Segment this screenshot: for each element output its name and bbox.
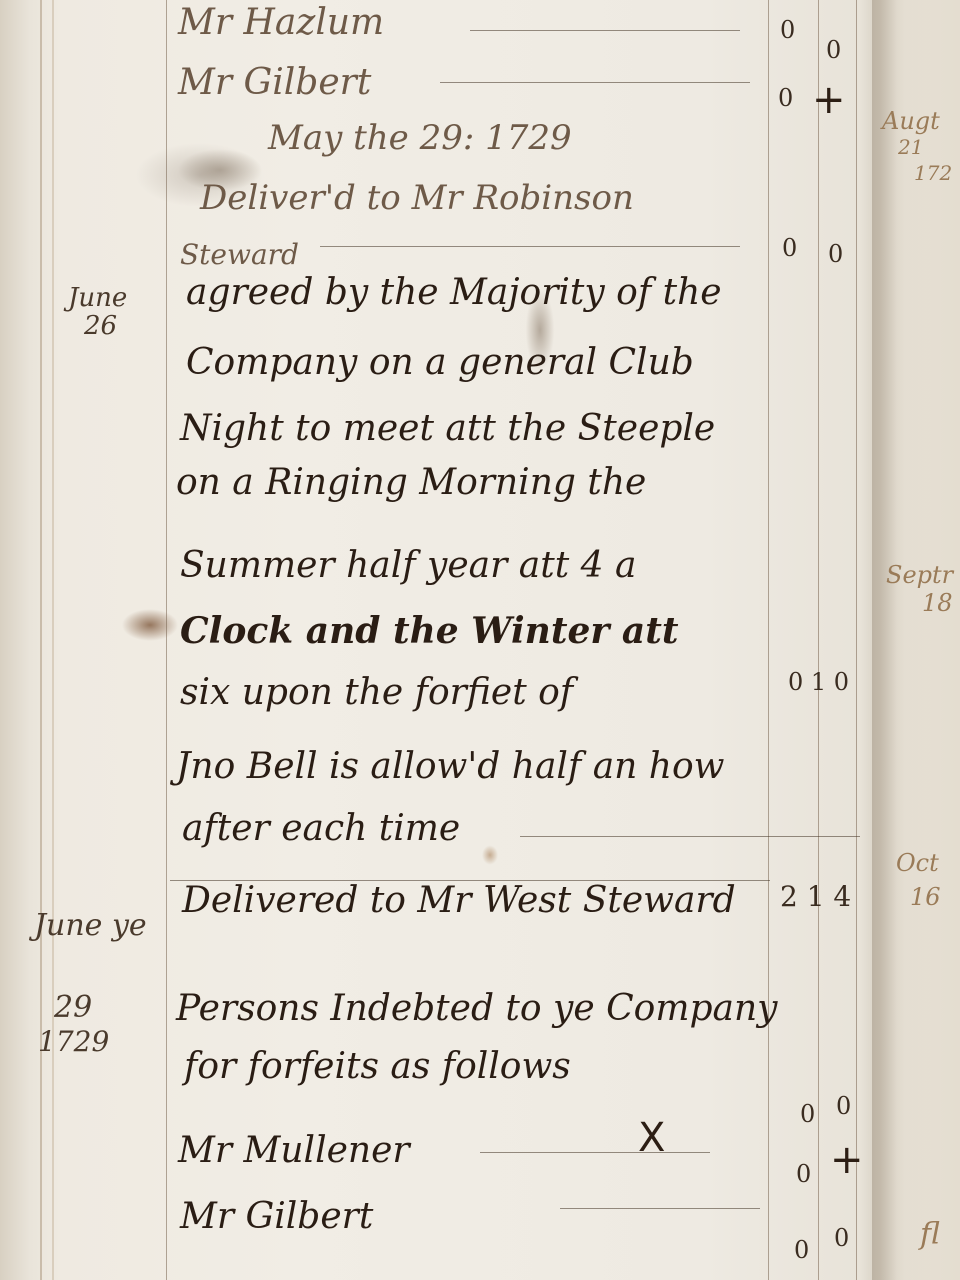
minute-line: on a Ringing Morning the — [176, 462, 646, 503]
heading-line: Persons Indebted to ye Company — [176, 988, 778, 1029]
facing-date-year: 172 — [914, 160, 952, 186]
amount-value: 0 — [834, 1224, 849, 1252]
leader-line — [560, 1208, 760, 1209]
amount-value: 0 — [794, 1236, 809, 1264]
forfeit-amount: 0 1 0 — [788, 668, 849, 696]
amount-value: 2 1 4 — [780, 880, 851, 913]
leader-line — [470, 30, 740, 31]
amount-value: 0 — [796, 1160, 811, 1188]
margin-date-year: 1729 — [38, 1028, 109, 1056]
entry-date: May the 29: 1729 — [268, 118, 572, 158]
entry-name: Mr Gilbert — [178, 62, 371, 103]
entry-name: Mr Hazlum — [178, 2, 384, 43]
page-edge — [52, 0, 54, 1280]
facing-date-day: 16 — [910, 884, 941, 910]
section-rule — [520, 836, 860, 837]
amount-value: 0 — [782, 234, 797, 262]
amount-value: 0 — [836, 1092, 851, 1120]
amount-value: 0 — [778, 84, 793, 112]
person-name: Mr Mullener — [178, 1130, 410, 1171]
leader-line — [320, 246, 740, 247]
leader-line — [480, 1152, 710, 1153]
minute-line: Clock and the Winter att — [180, 610, 678, 652]
facing-date: Augt — [882, 108, 940, 134]
facing-date: Septr — [886, 562, 953, 588]
margin-date-month: June ye — [34, 912, 147, 940]
leader-line — [440, 82, 750, 83]
heading-line: for forfeits as follows — [184, 1046, 571, 1087]
cross-mark: X — [638, 1118, 665, 1158]
cross-mark: + — [812, 80, 846, 120]
person-name: Mr Gilbert — [180, 1196, 373, 1237]
facing-date: Oct — [896, 850, 939, 876]
margin-rule — [166, 0, 167, 1280]
minute-line: six upon the forfiet of — [180, 672, 573, 713]
page-edge — [40, 0, 42, 1280]
amount-column-rule — [818, 0, 819, 1280]
amount-value: 0 — [800, 1100, 815, 1128]
delivered-line: Deliver'd to Mr Robinson — [200, 178, 634, 218]
minute-line: Jno Bell is allow'd half an how — [176, 746, 724, 787]
amount-column-rule — [768, 0, 769, 1280]
steward-label: Steward — [180, 238, 299, 271]
minute-line: after each time — [182, 808, 460, 849]
facing-date-day: 18 — [922, 590, 953, 616]
facing-page-gutter — [872, 0, 960, 1280]
amount-value: 0 — [826, 36, 841, 64]
margin-date-day: 29 — [54, 994, 92, 1022]
ledger-page: Mr Hazlum 0 0 Mr Gilbert 0 + May the 29:… — [0, 0, 960, 1280]
cross-mark: + — [830, 1140, 864, 1180]
delivered-line: Delivered to Mr West Steward — [182, 880, 736, 921]
minute-line: agreed by the Majority of the — [186, 272, 722, 313]
margin-date-month: June — [68, 284, 127, 312]
minute-line: Company on a general Club — [186, 342, 694, 383]
amount-column-rule — [856, 0, 857, 1280]
facing-note: fl — [920, 1222, 940, 1248]
minute-line: Night to meet att the Steeple — [180, 408, 715, 449]
facing-date-day: 21 — [898, 134, 923, 160]
margin-date-day: 26 — [84, 312, 117, 340]
amount-value: 0 — [828, 240, 843, 268]
amount-value: 0 — [780, 16, 795, 44]
minute-line: Summer half year att 4 a — [180, 545, 636, 586]
